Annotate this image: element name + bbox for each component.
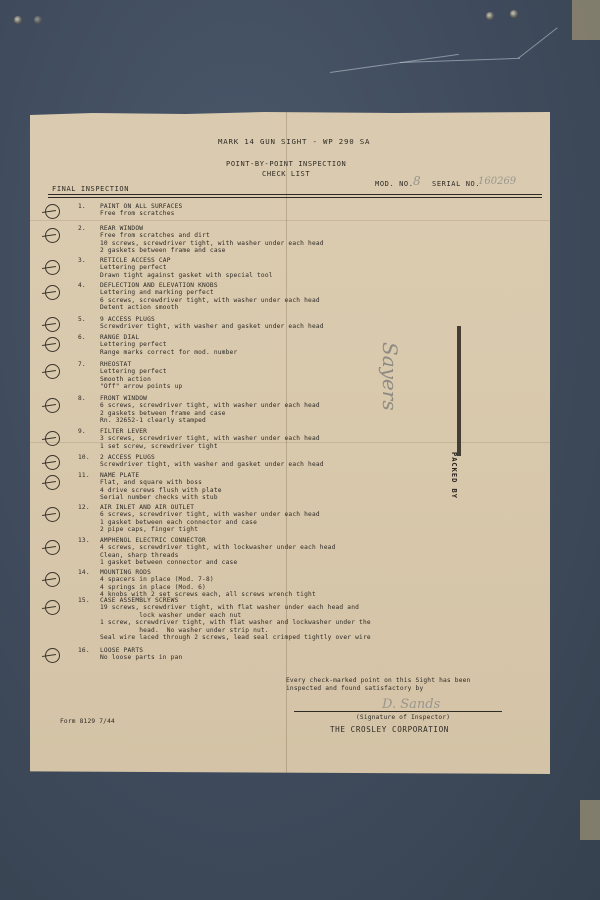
item-number: 12.	[78, 504, 90, 511]
check-mark-circle-icon	[45, 572, 60, 587]
bolt	[510, 10, 518, 18]
check-mark-circle-icon	[45, 507, 60, 522]
item-text: LOOSE PARTS No loose parts in pan	[100, 647, 182, 662]
item-number: 1.	[78, 203, 86, 210]
certification-text: Every check-marked point on this Sight h…	[286, 677, 470, 684]
serial-number-label: SERIAL NO.	[432, 181, 480, 188]
item-text: AIR INLET AND AIR OUTLET 6 screws, screw…	[100, 504, 320, 534]
mod-number-label: MOD. NO.	[375, 181, 414, 188]
bolt	[34, 16, 42, 24]
section-label: FINAL INSPECTION	[52, 186, 129, 193]
item-number: 8.	[78, 395, 86, 402]
header-rule	[48, 197, 542, 198]
bolt	[486, 12, 494, 20]
board-crack	[330, 54, 459, 73]
item-number: 6.	[78, 334, 86, 341]
item-text: CASE ASSEMBLY SCREWS 19 screws, screwdri…	[100, 597, 371, 641]
item-number: 5.	[78, 316, 86, 323]
item-text: FRONT WINDOW 6 screws, screwdriver tight…	[100, 395, 320, 425]
check-mark-circle-icon	[45, 398, 60, 413]
item-number: 14.	[78, 569, 90, 576]
signature-caption: (Signature of Inspector)	[356, 714, 450, 721]
item-number: 4.	[78, 282, 86, 289]
item-number: 7.	[78, 361, 86, 368]
item-text: PAINT ON ALL SURFACES Free from scratche…	[100, 203, 182, 218]
item-number: 10.	[78, 454, 90, 461]
check-mark-circle-icon	[45, 648, 60, 663]
item-text: REAR WINDOW Free from scratches and dirt…	[100, 225, 324, 255]
item-text: 2 ACCESS PLUGS Screwdriver tight, with w…	[100, 454, 324, 469]
check-mark-circle-icon	[45, 431, 60, 446]
check-mark-circle-icon	[45, 317, 60, 332]
item-text: 9 ACCESS PLUGS Screwdriver tight, with w…	[100, 316, 324, 331]
board-crack	[518, 27, 558, 59]
item-number: 9.	[78, 428, 86, 435]
item-number: 13.	[78, 537, 90, 544]
signature-line	[294, 711, 502, 712]
check-mark-circle-icon	[45, 204, 60, 219]
item-text: AMPHENOL ELECTRIC CONNECTOR 4 screws, sc…	[100, 537, 336, 567]
check-mark-circle-icon	[45, 475, 60, 490]
company-name: THE CROSLEY CORPORATION	[330, 726, 449, 733]
serial-number-value: 160269	[478, 176, 516, 187]
certification-text-2: inspected and found satisfactory by	[286, 685, 423, 692]
item-text: RHEOSTAT Lettering perfect Smooth action…	[100, 361, 182, 391]
check-mark-circle-icon	[45, 540, 60, 555]
item-text: FILTER LEVER 3 screws, screwdriver tight…	[100, 428, 320, 450]
item-number: 3.	[78, 257, 86, 264]
bolt	[14, 16, 22, 24]
packed-by-line	[457, 326, 461, 456]
check-mark-circle-icon	[45, 455, 60, 470]
check-mark-circle-icon	[45, 228, 60, 243]
item-text: RANGE DIAL Lettering perfect Range marks…	[100, 334, 237, 356]
tape-piece	[572, 0, 600, 40]
document-subtitle-2: CHECK LIST	[262, 171, 310, 178]
form-number: Form 8129 7/44	[60, 718, 115, 725]
inspection-checklist-sheet: MARK 14 GUN SIGHT - WP 290 SA POINT-BY-P…	[30, 112, 550, 774]
packed-by-stamp: PACKED BY	[450, 452, 458, 499]
packer-signature: Sayers	[378, 342, 402, 411]
tape-piece	[580, 800, 600, 840]
item-text: DEFLECTION AND ELEVATION KNOBS Lettering…	[100, 282, 320, 312]
document-title: MARK 14 GUN SIGHT - WP 290 SA	[218, 138, 370, 145]
item-number: 2.	[78, 225, 86, 232]
fold-crease	[30, 220, 550, 221]
item-text: NAME PLATE Flat, and square with boss 4 …	[100, 472, 222, 502]
item-text: RETICLE ACCESS CAP Lettering perfect Dra…	[100, 257, 273, 279]
check-mark-circle-icon	[45, 337, 60, 352]
check-mark-circle-icon	[45, 600, 60, 615]
check-mark-circle-icon	[45, 260, 60, 275]
item-number: 15.	[78, 597, 90, 604]
inspector-signature: D. Sands	[382, 697, 440, 712]
item-number: 11.	[78, 472, 90, 479]
header-rule	[48, 194, 542, 195]
check-mark-circle-icon	[45, 285, 60, 300]
document-subtitle: POINT-BY-POINT INSPECTION	[226, 161, 346, 168]
check-mark-circle-icon	[45, 364, 60, 379]
mod-number-value: 8	[413, 174, 421, 188]
item-text: MOUNTING RODS 4 spacers in place (Mod. 7…	[100, 569, 316, 599]
item-number: 16.	[78, 647, 90, 654]
